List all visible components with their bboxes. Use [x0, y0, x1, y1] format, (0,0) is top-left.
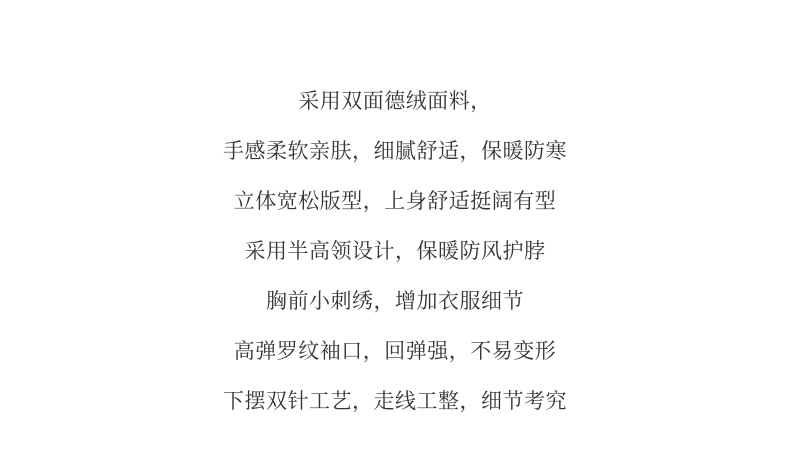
product-description: 采用双面德绒面料， 手感柔软亲肤，细腻舒适，保暖防寒 立体宽松版型，上身舒适挺阔… — [0, 76, 790, 426]
description-line-fit: 立体宽松版型，上身舒适挺阔有型 — [0, 176, 790, 226]
description-line-embroidery: 胸前小刺绣，增加衣服细节 — [0, 276, 790, 326]
description-line-cuffs: 高弹罗纹袖口，回弹强，不易变形 — [0, 326, 790, 376]
description-line-hem: 下摆双针工艺，走线工整，细节考究 — [0, 376, 790, 426]
description-line-fabric: 采用双面德绒面料， — [0, 76, 790, 126]
description-line-feel: 手感柔软亲肤，细腻舒适，保暖防寒 — [0, 126, 790, 176]
description-line-collar: 采用半高领设计，保暖防风护脖 — [0, 226, 790, 276]
